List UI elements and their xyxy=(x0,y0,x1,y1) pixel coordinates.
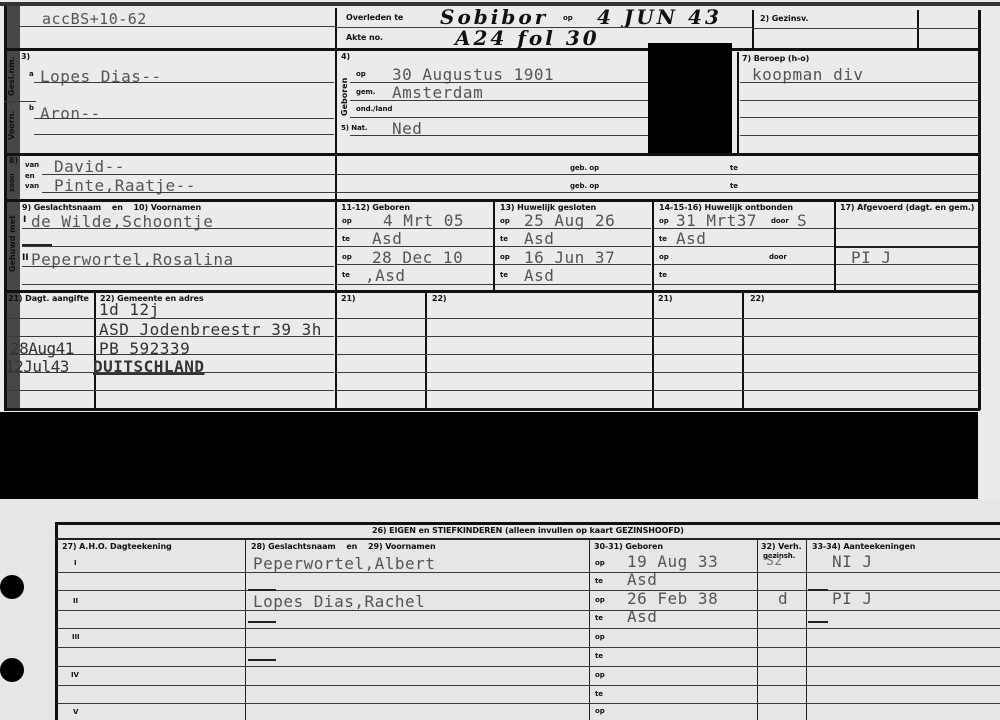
rule xyxy=(22,266,334,267)
child-2-born-date: 26 Feb 38 xyxy=(627,589,718,608)
divider xyxy=(652,200,654,410)
divider xyxy=(94,292,96,410)
rule xyxy=(6,336,334,337)
te-label: te xyxy=(342,235,350,243)
rule xyxy=(740,82,978,83)
op-label: op xyxy=(500,253,510,261)
address-line-4: DUITSCHLAND xyxy=(93,357,204,376)
address-line-1: 1d 12j xyxy=(99,300,160,319)
rule xyxy=(350,100,650,101)
te-label: te xyxy=(595,690,603,698)
rule xyxy=(34,82,334,83)
te-label: te xyxy=(500,235,508,243)
rule xyxy=(337,246,493,247)
divider xyxy=(757,540,758,720)
rule xyxy=(42,174,978,175)
op-label: op xyxy=(500,217,510,225)
deed-label: Akte no. xyxy=(346,33,383,42)
card-left-border xyxy=(55,524,58,720)
marker-b: b xyxy=(29,104,34,112)
op-label: op xyxy=(342,253,352,261)
child-2-name: Lopes Dias,Rachel xyxy=(253,592,425,611)
rule xyxy=(350,135,650,136)
address-date-header: 21) Dagt. aangifte xyxy=(8,294,89,303)
divider xyxy=(752,10,754,50)
address-date-3: 28Aug41 xyxy=(10,339,74,358)
rule xyxy=(495,246,651,247)
married-side-label: Gehuwd met xyxy=(8,215,17,272)
divider xyxy=(742,292,744,410)
op-label: op xyxy=(659,253,669,261)
card-top-border xyxy=(55,522,1000,525)
spouse-header: 9) Geslachtsnaam en 10) Voornamen xyxy=(22,203,201,212)
rule xyxy=(337,336,978,337)
rule xyxy=(57,628,1000,629)
rule xyxy=(34,134,334,135)
child-2-relation: d xyxy=(778,589,788,608)
rule xyxy=(337,228,493,229)
rule xyxy=(42,192,978,193)
op-label: op xyxy=(595,671,605,679)
rule xyxy=(495,284,651,285)
mother-van-label: van xyxy=(25,182,39,190)
section-rule xyxy=(4,290,980,293)
door-label: door xyxy=(769,253,787,261)
child-1-notes: NI J xyxy=(832,552,873,571)
name-header: 28) Geslachtsnaam en 29) Voornamen xyxy=(251,542,436,551)
te-label: te xyxy=(500,271,508,279)
divider xyxy=(737,52,739,154)
given-names: Aron-- xyxy=(40,104,101,123)
father-van-label: van xyxy=(25,161,39,169)
rule xyxy=(6,354,334,355)
name-section-label: 3) xyxy=(21,52,30,61)
te-label: te xyxy=(595,652,603,660)
birth-country-label: ond./land xyxy=(356,105,392,113)
rule xyxy=(337,284,493,285)
divider xyxy=(806,540,807,720)
rule xyxy=(740,117,978,118)
te-label: te xyxy=(342,271,350,279)
address-date-header-2: 21) xyxy=(341,294,356,303)
child-5-roman: V xyxy=(73,708,78,716)
father-at-label: te xyxy=(730,164,738,172)
death-date-label: op xyxy=(563,14,573,22)
child-1-born-date: 19 Aug 33 xyxy=(627,552,718,571)
op-label: op xyxy=(595,633,605,641)
rule xyxy=(57,666,1000,667)
father-born-label: geb. op xyxy=(570,164,599,172)
rule xyxy=(337,318,978,319)
death-date: 4 JUN 43 xyxy=(597,5,722,29)
op-label: op xyxy=(595,707,605,715)
rule xyxy=(337,372,978,373)
marriage-2-place: Asd xyxy=(524,266,554,285)
rule xyxy=(337,264,493,265)
divider xyxy=(589,540,590,720)
deed-number: A24 fol 30 xyxy=(455,26,600,50)
address-line-3: PB 592339 xyxy=(99,339,190,358)
op-label: op xyxy=(595,596,605,604)
divider xyxy=(834,200,836,290)
rule xyxy=(654,246,834,247)
child-4-roman: IV xyxy=(71,671,79,679)
born-header: 30-31) Geboren xyxy=(594,542,663,551)
divider xyxy=(917,10,919,50)
rule xyxy=(836,264,978,265)
address-header-2: 22) xyxy=(432,294,447,303)
rule xyxy=(836,284,978,285)
punch-hole xyxy=(0,658,24,682)
rule xyxy=(654,284,834,285)
redaction-box xyxy=(648,43,732,154)
child-3-roman: III xyxy=(72,633,80,641)
rule xyxy=(808,589,828,591)
spouse-marker-1: I xyxy=(23,215,26,225)
marker-a: a xyxy=(29,70,34,78)
children-card: 26) EIGEN en STIEFKINDEREN (alleen invul… xyxy=(0,500,1000,720)
section-rule xyxy=(4,408,980,411)
rule xyxy=(495,228,651,229)
rule xyxy=(495,264,651,265)
person-card: accBS+10-62 Overleden te Sobibor op 4 JU… xyxy=(0,0,1000,500)
parents-side-label: zoon xyxy=(8,173,16,192)
rule xyxy=(337,354,978,355)
op-label: op xyxy=(595,559,605,567)
child-1-roman: I xyxy=(74,559,77,567)
child-1-name: Peperwortel,Albert xyxy=(253,554,435,573)
surname: Lopes Dias-- xyxy=(40,67,162,86)
death-place-label: Overleden te xyxy=(346,13,403,22)
child-2-roman: II xyxy=(73,597,78,605)
rule xyxy=(57,703,1000,704)
address-date-header-3: 21) xyxy=(658,294,673,303)
rule xyxy=(6,318,334,319)
rule xyxy=(248,589,276,591)
address-header-3: 22) xyxy=(750,294,765,303)
rule xyxy=(57,685,1000,686)
rule xyxy=(752,28,978,29)
card-right-border xyxy=(978,10,981,410)
birth-section-label: 4) xyxy=(341,52,350,61)
child-2-born-place: Asd xyxy=(627,607,657,626)
punch-hole xyxy=(0,575,24,599)
deportation-header: 17) Afgevoerd (dagt. en gem.) xyxy=(840,203,974,212)
rule xyxy=(22,284,334,285)
rule xyxy=(57,647,1000,648)
given-side-label: Voorn. xyxy=(7,111,16,140)
mother-born-label: geb. op xyxy=(570,182,599,190)
rule xyxy=(740,100,978,101)
divider xyxy=(335,8,337,410)
rule xyxy=(20,26,336,27)
section-rule xyxy=(55,538,1000,540)
door-label: door xyxy=(771,217,789,225)
rule xyxy=(654,264,834,265)
nationality-label: 5) Nat. xyxy=(341,124,367,132)
rule xyxy=(6,372,334,373)
rule xyxy=(248,659,276,661)
te-label: te xyxy=(595,614,603,622)
rule xyxy=(350,117,650,118)
rule xyxy=(22,246,334,247)
rule xyxy=(6,390,334,391)
section-rule xyxy=(4,153,980,156)
rule xyxy=(57,610,1000,611)
birth-side-label: Geboren xyxy=(340,78,349,116)
children-title: 26) EIGEN en STIEFKINDEREN (alleen invul… xyxy=(372,526,684,535)
divider xyxy=(493,200,495,290)
address-date-4: 12Jul43 xyxy=(5,357,69,376)
aho-header: 27) A.H.O. Dagteekening xyxy=(62,542,172,551)
divider xyxy=(425,292,427,410)
rule xyxy=(337,390,978,391)
te-label: te xyxy=(659,271,667,279)
te-label: te xyxy=(659,235,667,243)
rule xyxy=(57,572,1000,573)
birth-date-label: op xyxy=(356,70,366,78)
rule xyxy=(22,228,334,229)
te-label: te xyxy=(595,577,603,585)
rule xyxy=(4,101,36,102)
rule xyxy=(808,621,828,623)
section-rule xyxy=(4,48,980,51)
op-label: op xyxy=(659,217,669,225)
child-2-notes: PI J xyxy=(832,589,873,608)
rule xyxy=(836,228,978,229)
birth-municipality-label: gem. xyxy=(356,88,375,96)
surname-side-label: Gesl.nm. xyxy=(7,56,16,96)
redaction-band xyxy=(0,412,978,499)
occupation-label: 7) Beroep (h-o) xyxy=(742,54,809,63)
spouse-marker-2: II xyxy=(22,253,29,263)
rule xyxy=(248,621,276,623)
op-label: op xyxy=(342,217,352,225)
child-1-relation: S2 xyxy=(766,554,783,569)
parents-section-label: 8) xyxy=(9,156,18,165)
en-label: en xyxy=(25,172,35,180)
mother-at-label: te xyxy=(730,182,738,190)
rule xyxy=(34,118,334,119)
child-1-born-place: Asd xyxy=(627,570,657,589)
spouse-2-born-place: ,Asd xyxy=(365,266,406,285)
household-label: 2) Gezinsv. xyxy=(760,14,808,23)
divider xyxy=(245,540,246,720)
verh-header: 32) Verh. xyxy=(761,542,802,551)
notes-header: 33-34) Aanteekeningen xyxy=(812,542,915,551)
rule xyxy=(740,135,978,136)
